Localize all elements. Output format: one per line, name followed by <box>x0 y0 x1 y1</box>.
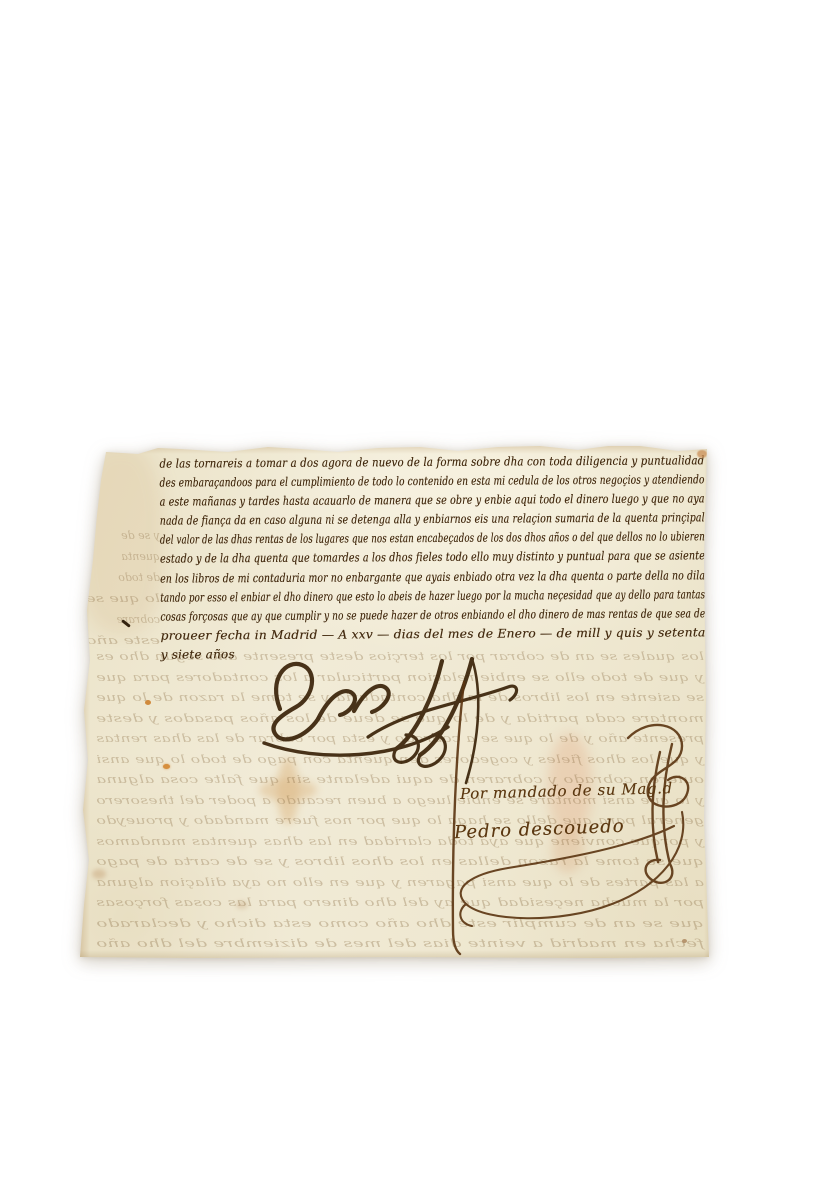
showthrough-line: se asiente en los libros de la dha conta… <box>96 687 704 708</box>
showthrough-line: quenta <box>86 546 160 567</box>
showthrough-line: presente año y de lo que se a cobrado y … <box>96 728 704 749</box>
showthrough-line: y que de todo ello se enbie relaçion par… <box>96 667 704 688</box>
manuscript-line: y siete años <box>161 642 706 664</box>
deckle-edge-left <box>78 445 90 959</box>
orange-speck-1 <box>145 700 151 705</box>
letter-body-text: de las tornareis a tomar a dos agora de … <box>159 451 705 664</box>
showthrough-line: de todo <box>86 567 160 588</box>
corner-speck-top-right <box>697 450 707 458</box>
parchment-sheet: y se dequentade todolo que secobrareeste… <box>78 445 712 959</box>
showthrough-line: fecha en madrid a veinte dias del mes de… <box>96 933 704 954</box>
verso-showthrough-body: los quales se an de cobrar por los terçi… <box>96 646 704 954</box>
showthrough-line: que se tome la razon dellas en los dhos … <box>96 851 704 872</box>
verso-showthrough-margin: y se dequentade todolo que secobrareeste… <box>86 525 160 651</box>
showthrough-line: montare cada partida y de lo que se deue… <box>96 708 704 729</box>
showthrough-line: que se an de cumplir este dho año como e… <box>96 913 704 934</box>
showthrough-line: lo que se <box>86 588 160 609</box>
showthrough-line: por la mucha neçesidad que ay del dho di… <box>96 892 704 913</box>
orange-speck-2 <box>163 764 170 769</box>
showthrough-line: y se de <box>86 525 160 546</box>
photo-canvas: y se dequentade todolo que secobrareeste… <box>0 0 819 1197</box>
deckle-edge-right <box>704 445 712 959</box>
manuscript-page: y se dequentade todolo que secobrareeste… <box>78 445 712 959</box>
showthrough-line: y que los dhos fieles y cogedores den qu… <box>96 749 704 770</box>
showthrough-line: a las partes de lo que ansi pagaren y qu… <box>96 872 704 893</box>
speck-bottom-right <box>682 939 687 943</box>
